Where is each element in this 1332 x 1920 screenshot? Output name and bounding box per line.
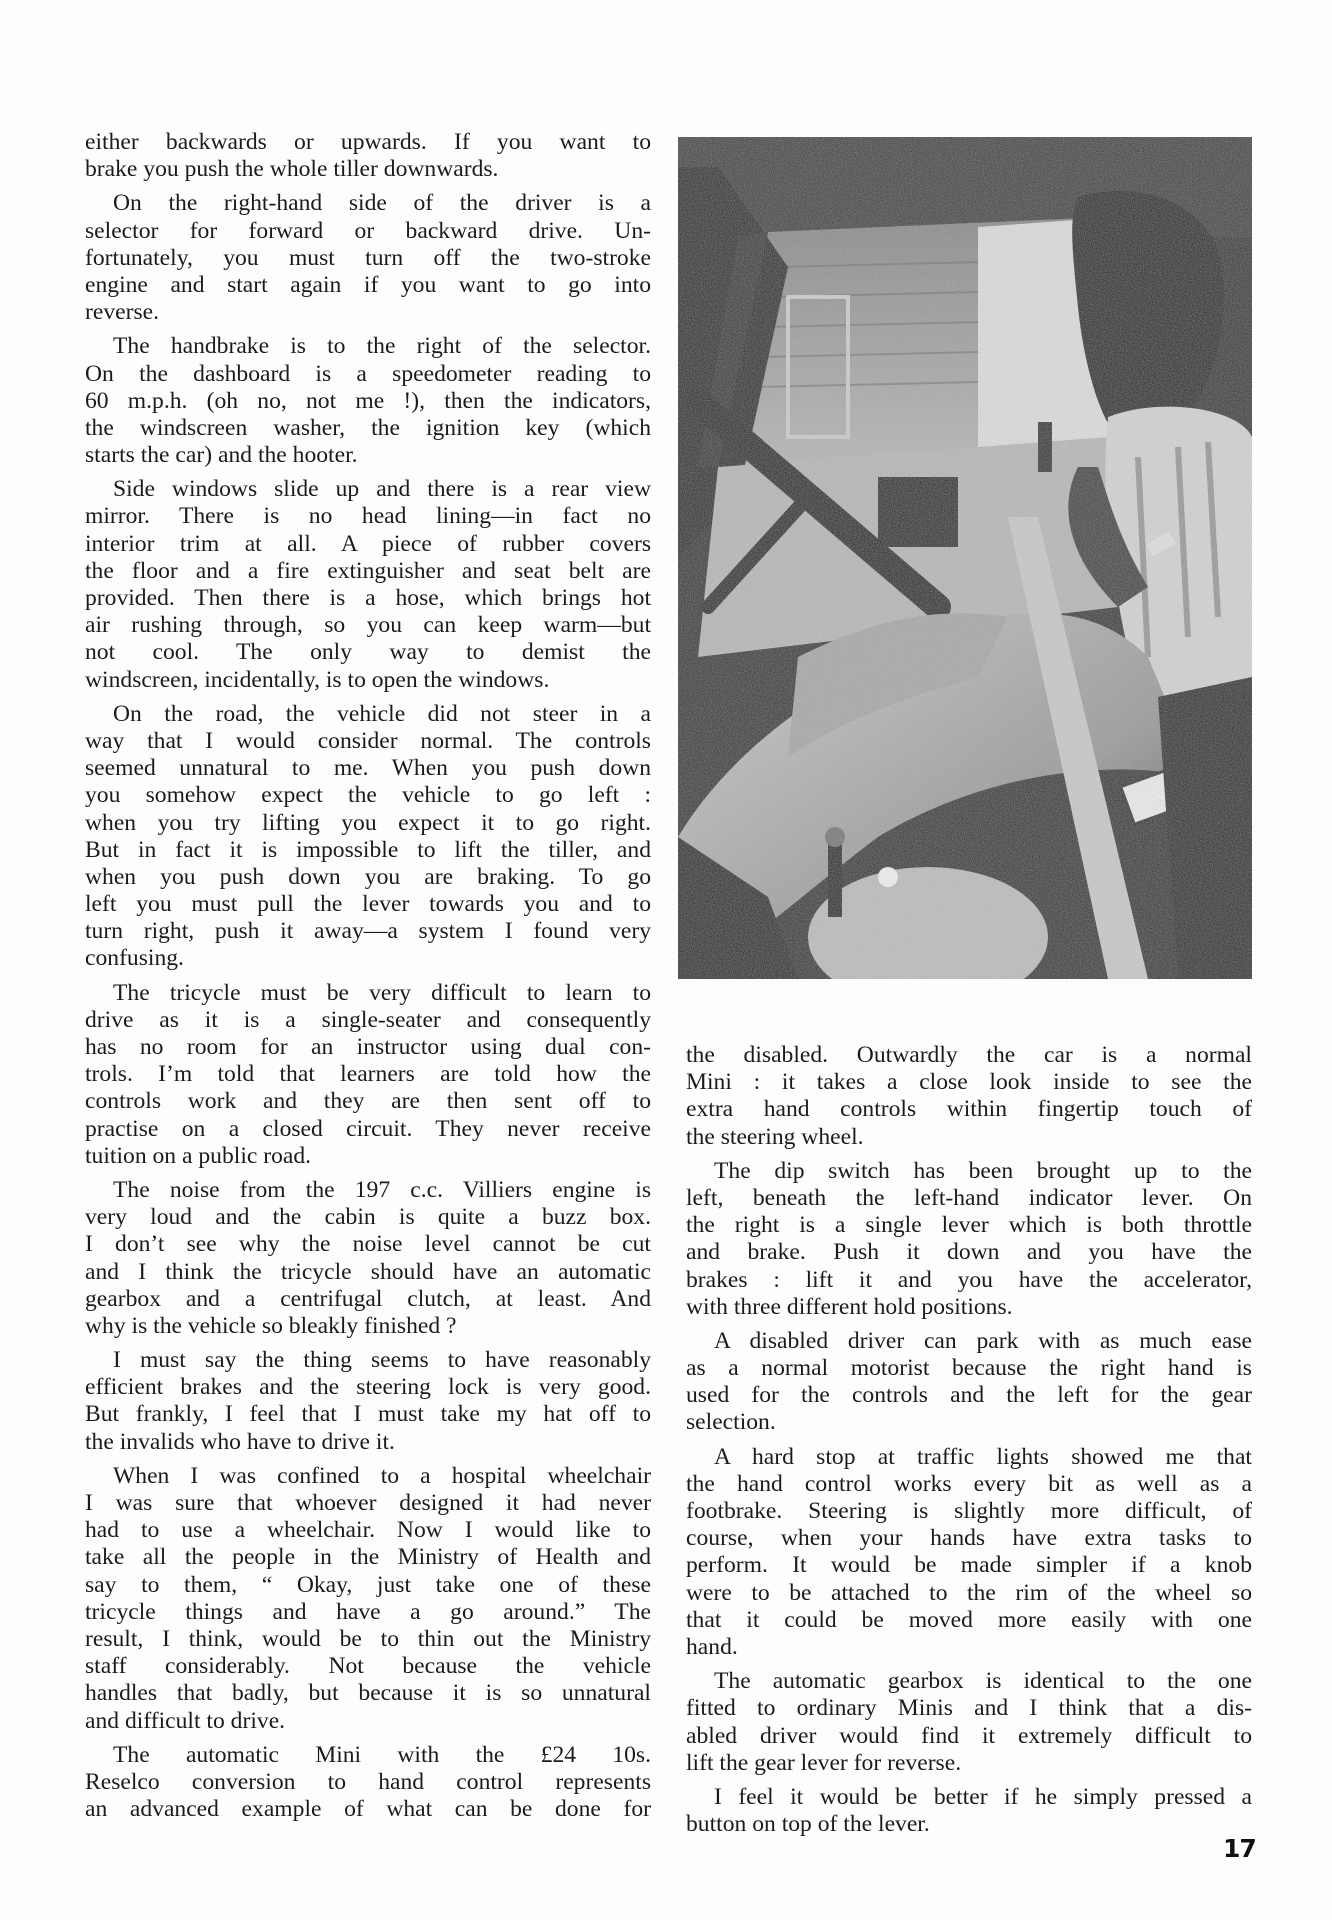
- article-column-left: either backwards or upwards. If you want…: [85, 129, 651, 1830]
- text-line: On the right-hand side of the driver is …: [85, 190, 651, 217]
- text-line: The handbrake is to the right of the sel…: [85, 333, 651, 360]
- text-line: very loud and the cabin is quite a buzz …: [85, 1204, 651, 1231]
- text-line: say to them, “ Okay, just take one of th…: [85, 1572, 651, 1599]
- text-line: practise on a closed circuit. They never…: [85, 1116, 651, 1143]
- text-line: staff considerably. Not because the vehi…: [85, 1653, 651, 1680]
- text-line: On the road, the vehicle did not steer i…: [85, 701, 651, 728]
- paragraph: On the road, the vehicle did not steer i…: [85, 701, 651, 973]
- text-line: The noise from the 197 c.c. Villiers eng…: [85, 1177, 651, 1204]
- text-line: left you must pull the lever towards you…: [85, 891, 651, 918]
- paragraph: The tricycle must be very difficult to l…: [85, 980, 651, 1170]
- paragraph: I feel it would be better if he simply p…: [686, 1784, 1252, 1838]
- paragraph: the disabled. Outwardly the car is a nor…: [686, 1042, 1252, 1151]
- text-line: efficient brakes and the steering lock i…: [85, 1374, 651, 1401]
- text-line: The dip switch has been brought up to th…: [686, 1158, 1252, 1185]
- text-line: as a normal motorist because the right h…: [686, 1355, 1252, 1382]
- text-line: trols. I’m told that learners are told h…: [85, 1061, 651, 1088]
- text-line: brakes : lift it and you have the accele…: [686, 1267, 1252, 1294]
- text-line: extra hand controls within fingertip tou…: [686, 1096, 1252, 1123]
- text-line: seemed unnatural to me. When you push do…: [85, 755, 651, 782]
- text-line: were to be attached to the rim of the wh…: [686, 1580, 1252, 1607]
- text-line: the floor and a fire extinguisher and se…: [85, 558, 651, 585]
- text-line: result, I think, would be to thin out th…: [85, 1626, 651, 1653]
- text-line: footbrake. Steering is slightly more dif…: [686, 1498, 1252, 1525]
- text-line: When I was confined to a hospital wheelc…: [85, 1463, 651, 1490]
- text-line: starts the car) and the hooter.: [85, 442, 651, 469]
- text-line: the windscreen washer, the ignition key …: [85, 415, 651, 442]
- paragraph: The automatic Mini with the £24 10s.Rese…: [85, 1742, 651, 1824]
- text-line: tuition on a public road.: [85, 1143, 651, 1170]
- text-line: you somehow expect the vehicle to go lef…: [85, 782, 651, 809]
- text-line: drive as it is a single-seater and conse…: [85, 1007, 651, 1034]
- text-line: used for the controls and the left for t…: [686, 1382, 1252, 1409]
- text-line: Reselco conversion to hand control repre…: [85, 1769, 651, 1796]
- paragraph: The noise from the 197 c.c. Villiers eng…: [85, 1177, 651, 1340]
- text-line: windscreen, incidentally, is to open the…: [85, 667, 651, 694]
- text-line: But in fact it is impossible to lift the…: [85, 837, 651, 864]
- text-line: gearbox and a centrifugal clutch, at lea…: [85, 1286, 651, 1313]
- text-line: not cool. The only way to demist the: [85, 639, 651, 666]
- text-line: the hand control works every bit as well…: [686, 1471, 1252, 1498]
- paragraph: Side windows slide up and there is a rea…: [85, 476, 651, 694]
- text-line: and difficult to drive.: [85, 1708, 651, 1735]
- text-line: fortunately, you must turn off the two-s…: [85, 245, 651, 272]
- text-line: A hard stop at traffic lights showed me …: [686, 1444, 1252, 1471]
- text-line: reverse.: [85, 299, 651, 326]
- paragraph: When I was confined to a hospital wheelc…: [85, 1463, 651, 1735]
- paragraph: The dip switch has been brought up to th…: [686, 1158, 1252, 1321]
- text-line: and brake. Push it down and you have the: [686, 1239, 1252, 1266]
- text-line: either backwards or upwards. If you want…: [85, 129, 651, 156]
- text-line: an advanced example of what can be done …: [85, 1796, 651, 1823]
- text-line: confusing.: [85, 945, 651, 972]
- text-line: mirror. There is no head lining—in fact …: [85, 503, 651, 530]
- text-line: hand.: [686, 1634, 1252, 1661]
- text-line: The tricycle must be very difficult to l…: [85, 980, 651, 1007]
- text-line: But frankly, I feel that I must take my …: [85, 1401, 651, 1428]
- paragraph: A disabled driver can park with as much …: [686, 1328, 1252, 1437]
- text-line: handles that badly, but because it is so…: [85, 1680, 651, 1707]
- text-line: A disabled driver can park with as much …: [686, 1328, 1252, 1355]
- text-line: controls work and they are then sent off…: [85, 1088, 651, 1115]
- text-line: fitted to ordinary Minis and I think tha…: [686, 1695, 1252, 1722]
- text-line: provided. Then there is a hose, which br…: [85, 585, 651, 612]
- text-line: left, beneath the left-hand indicator le…: [686, 1185, 1252, 1212]
- text-line: brake you push the whole tiller downward…: [85, 156, 651, 183]
- article-photo: [678, 137, 1252, 979]
- paragraph: The handbrake is to the right of the sel…: [85, 333, 651, 469]
- text-line: Mini : it takes a close look inside to s…: [686, 1069, 1252, 1096]
- text-line: The automatic gearbox is identical to th…: [686, 1668, 1252, 1695]
- text-line: perform. It would be made simpler if a k…: [686, 1552, 1252, 1579]
- paragraph: A hard stop at traffic lights showed me …: [686, 1444, 1252, 1662]
- text-line: had to use a wheelchair. Now I would lik…: [85, 1517, 651, 1544]
- text-line: why is the vehicle so bleakly finished ?: [85, 1313, 651, 1340]
- text-line: air rushing through, so you can keep war…: [85, 612, 651, 639]
- text-line: the steering wheel.: [686, 1124, 1252, 1151]
- driver-in-car-photo-icon: [678, 137, 1252, 979]
- text-line: the invalids who have to drive it.: [85, 1429, 651, 1456]
- text-line: the disabled. Outwardly the car is a nor…: [686, 1042, 1252, 1069]
- paragraph: either backwards or upwards. If you want…: [85, 129, 651, 183]
- text-line: I feel it would be better if he simply p…: [686, 1784, 1252, 1811]
- text-line: when you push down you are braking. To g…: [85, 864, 651, 891]
- text-line: 60 m.p.h. (oh no, not me !), then the in…: [85, 388, 651, 415]
- text-line: On the dashboard is a speedometer readin…: [85, 361, 651, 388]
- text-line: tricycle things and have a go around.” T…: [85, 1599, 651, 1626]
- page-number: 17: [1223, 1834, 1256, 1863]
- text-line: lift the gear lever for reverse.: [686, 1750, 1252, 1777]
- text-line: button on top of the lever.: [686, 1811, 1252, 1838]
- paragraph: The automatic gearbox is identical to th…: [686, 1668, 1252, 1777]
- text-line: I was sure that whoever designed it had …: [85, 1490, 651, 1517]
- text-line: The automatic Mini with the £24 10s.: [85, 1742, 651, 1769]
- text-line: selection.: [686, 1409, 1252, 1436]
- text-line: the right is a single lever which is bot…: [686, 1212, 1252, 1239]
- text-line: way that I would consider normal. The co…: [85, 728, 651, 755]
- text-line: abled driver would find it extremely dif…: [686, 1723, 1252, 1750]
- text-line: when you try lifting you expect it to go…: [85, 810, 651, 837]
- paragraph: On the right-hand side of the driver is …: [85, 190, 651, 326]
- text-line: course, when your hands have extra tasks…: [686, 1525, 1252, 1552]
- text-line: turn right, push it away—a system I foun…: [85, 918, 651, 945]
- text-line: has no room for an instructor using dual…: [85, 1034, 651, 1061]
- text-line: I must say the thing seems to have reaso…: [85, 1347, 651, 1374]
- text-line: with three different hold positions.: [686, 1294, 1252, 1321]
- article-column-right: the disabled. Outwardly the car is a nor…: [686, 1042, 1252, 1845]
- text-line: Side windows slide up and there is a rea…: [85, 476, 651, 503]
- paragraph: I must say the thing seems to have reaso…: [85, 1347, 651, 1456]
- text-line: selector for forward or backward drive. …: [85, 218, 651, 245]
- text-line: interior trim at all. A piece of rubber …: [85, 531, 651, 558]
- text-line: that it could be moved more easily with …: [686, 1607, 1252, 1634]
- text-line: engine and start again if you want to go…: [85, 272, 651, 299]
- text-line: I don’t see why the noise level cannot b…: [85, 1231, 651, 1258]
- text-line: and I think the tricycle should have an …: [85, 1259, 651, 1286]
- text-line: take all the people in the Ministry of H…: [85, 1544, 651, 1571]
